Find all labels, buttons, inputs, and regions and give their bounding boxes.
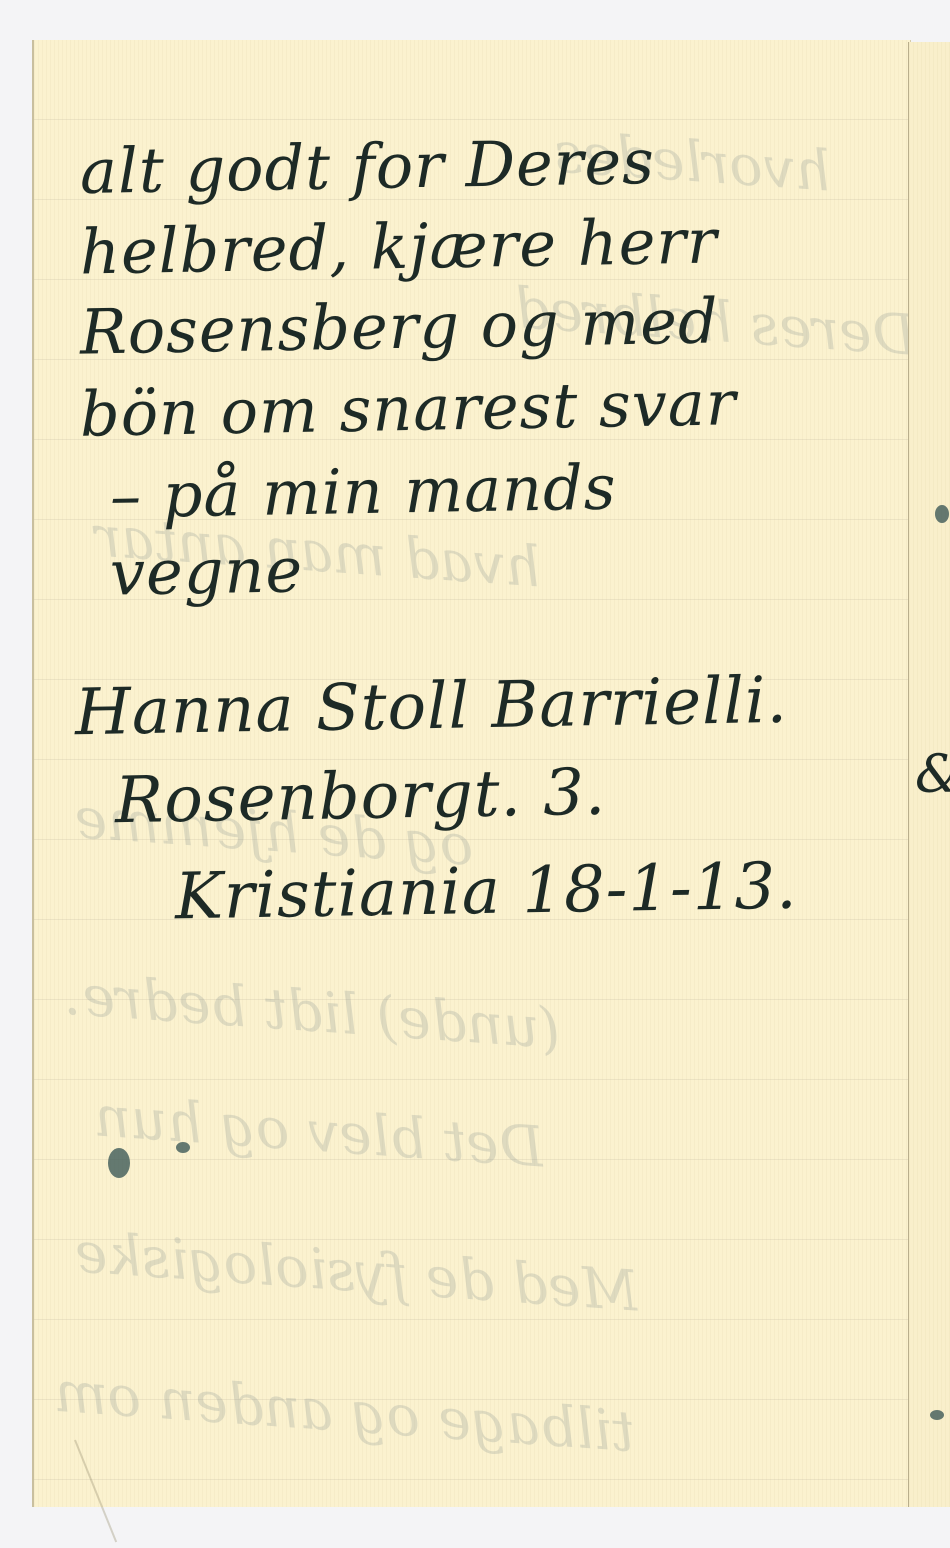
ink-blot xyxy=(930,1410,944,1420)
letter-line-6: vegne xyxy=(109,533,303,609)
ink-blot xyxy=(176,1142,190,1153)
bleed-through-text: (unde) lidt bedre. xyxy=(62,963,562,1063)
letter-line-2: helbred, kjære herr xyxy=(79,204,718,288)
signature-place-date: Kristiania 18-1-13. xyxy=(174,850,798,935)
letter-line-4: bön om snarest svar xyxy=(79,366,737,450)
signature-address: Rosenborgt. 3. xyxy=(114,756,606,839)
letter-line-3: Rosensberg og med xyxy=(79,284,719,368)
ink-blot xyxy=(935,505,949,523)
letter-line-1: alt godt for Deres xyxy=(79,125,655,208)
signature-name: Hanna Stoll Barrielli. xyxy=(74,664,788,750)
ink-blot xyxy=(108,1148,130,1178)
adjacent-page-glyph: & xyxy=(915,745,950,805)
bleed-through-text: tilbage og anden om xyxy=(52,1360,636,1465)
letter-line-5: – på min mands xyxy=(109,451,617,533)
paper-fold-crease xyxy=(74,1440,117,1543)
bleed-through-text: Det blev og hun xyxy=(92,1084,546,1180)
bleed-through-text: Med de fysiologiske xyxy=(72,1220,640,1324)
